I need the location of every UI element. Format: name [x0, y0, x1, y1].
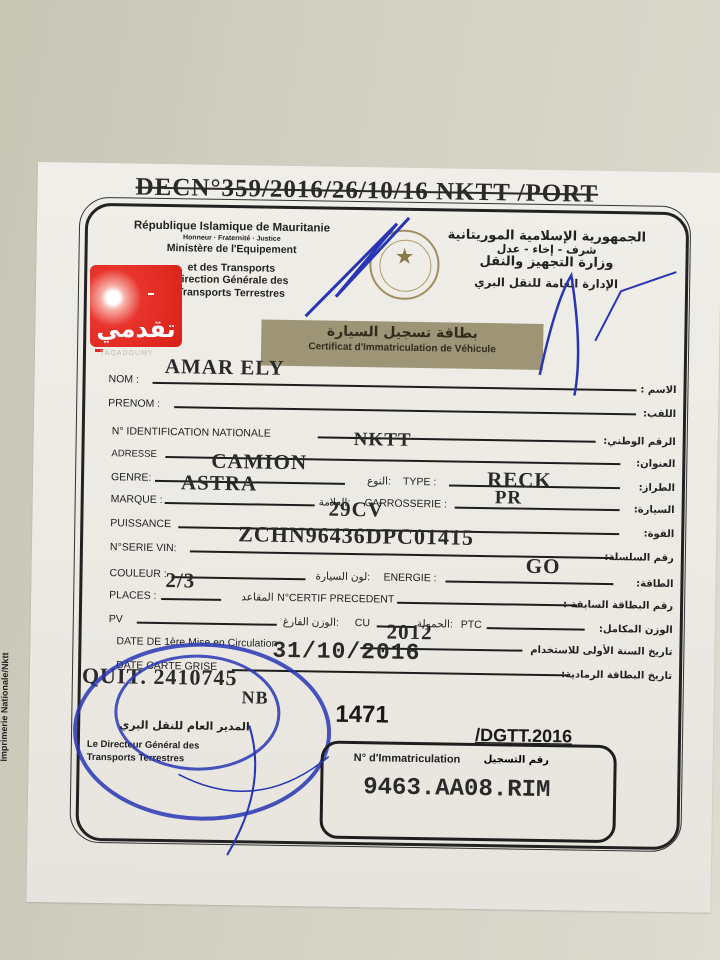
label-energie: ENERGIE :	[383, 571, 436, 584]
value-carrosserie: PR	[495, 487, 523, 509]
label-ptc: PTC	[461, 619, 482, 631]
value-marque: ASTRA	[181, 470, 258, 496]
label-couleur: COULEUR :	[109, 567, 166, 580]
label-places: PLACES :	[109, 589, 156, 602]
rule	[397, 602, 577, 607]
immatriculation-label: N° d'Immatriculation	[354, 752, 461, 766]
label-type: TYPE :	[403, 476, 436, 489]
immatriculation-number: 9463.AA08.RIM	[363, 774, 551, 804]
label-date-mise-ar: تاريخ السنة الأولى للاستخدام	[530, 645, 672, 658]
logo-text: تقدمي	[90, 315, 182, 343]
logo-dash	[148, 293, 154, 295]
certificate-title: بطاقة تسجيل السيارة Certificat d'Immatri…	[261, 320, 544, 370]
label-marque: MARQUE :	[111, 493, 163, 506]
label-puissance-ar: القوة:	[644, 529, 675, 540]
value-places: 2/3	[165, 568, 195, 593]
label-nni: N° IDENTIFICATION NATIONALE	[112, 425, 271, 439]
star-icon: ★	[371, 243, 437, 270]
rule	[137, 622, 277, 626]
rule	[445, 580, 613, 585]
label-type-ar: النوع:	[367, 475, 391, 487]
label-prenom-ar: اللقب:	[643, 409, 676, 421]
label-vin: N°SERIE VIN:	[110, 541, 177, 554]
label-prenom: PRENOM :	[108, 397, 160, 410]
label-places-ar: المقاعد	[241, 591, 274, 604]
value-nom: AMAR ELY	[165, 354, 285, 381]
printer-imprint: Imprimerie Nationale/Nktt	[0, 652, 10, 761]
label-nom-ar: الاسم :	[640, 384, 676, 396]
label-couleur-ar: لون السيارة:	[315, 570, 370, 583]
ministry-ar: وزارة التجهيز والنقل	[436, 255, 656, 273]
label-vin-ar: رقم السلسلة:	[604, 552, 674, 564]
label-adresse: ADRESSE	[111, 448, 157, 460]
label-energie-ar: الطاقة:	[636, 578, 673, 590]
label-ptc-ar: الوزن المكامل:	[599, 624, 673, 636]
label-certif-ar: رقم البطاقة السابقة :	[563, 599, 673, 612]
label-genre: GENRE:	[111, 471, 151, 484]
label-nom: NOM :	[109, 373, 140, 385]
value-vin: ZCHN96436DPC01415	[238, 521, 474, 551]
label-certif: N°CERTIF PRECEDENT	[277, 592, 394, 606]
taqadoumy-logo: تقدمي	[90, 265, 182, 347]
label-nni-ar: الرقم الوطني:	[603, 436, 676, 448]
value-puissance: 29CV	[328, 497, 384, 523]
immatriculation-box: N° d'Immatriculation رقم التسجيل 9463.AA…	[319, 741, 617, 844]
rule	[455, 507, 620, 512]
label-pv: PV	[109, 613, 123, 625]
rule	[165, 502, 315, 506]
logo-subtext: TAQADOUMY	[100, 350, 154, 357]
serial-number: 1471	[335, 701, 389, 730]
value-date-carte: 31/10/2016	[272, 638, 420, 666]
label-adresse-ar: العنوان:	[636, 458, 675, 470]
label-marque-ar: السيارة:	[634, 504, 675, 516]
ministry-fr: Ministère de l'Equipement	[107, 241, 357, 258]
immatriculation-label-ar: رقم التسجيل	[484, 754, 549, 766]
title-fr: Certificat d'Immatriculation de Véhicule	[261, 341, 543, 356]
header-arabic: الجمهورية الإسلامية الموريتانية شرف - إخ…	[436, 228, 657, 291]
label-date-carte-ar: تاريخ البطاقة الرمادية:	[561, 669, 672, 682]
label-pv-ar: الوزن الفارغ:	[283, 616, 339, 629]
label-cu: CU	[355, 617, 370, 629]
label-puissance: PUISSANCE	[110, 517, 171, 530]
rule	[487, 627, 585, 631]
label-genre-ar: الطراز:	[639, 482, 675, 494]
value-energie: GO	[526, 554, 561, 580]
rule	[161, 598, 221, 601]
title-ar: بطاقة تسجيل السيارة	[261, 323, 543, 343]
